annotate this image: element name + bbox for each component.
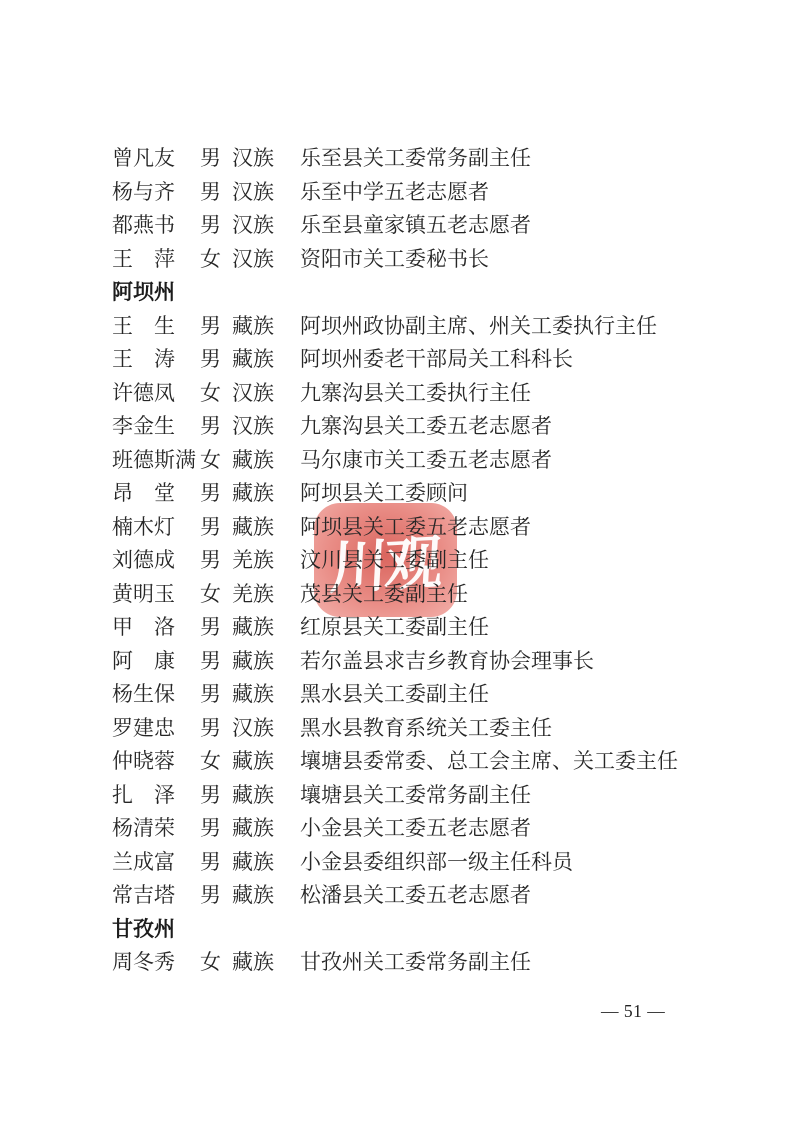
roster-row: 黄明玉 女 羌族 茂县关工委副主任: [112, 578, 753, 612]
person-ethnicity: 羌族: [232, 544, 274, 578]
person-gender: 女: [200, 377, 221, 411]
person-ethnicity: 藏族: [232, 745, 274, 779]
roster-row: 甲 洛 男 藏族 红原县关工委副主任: [112, 611, 753, 645]
person-gender: 男: [200, 544, 221, 578]
roster-row: 杨清荣 男 藏族 小金县关工委五老志愿者: [112, 812, 753, 846]
page-number: — 51 —: [601, 1001, 665, 1022]
person-position: 汶川县关工委副主任: [300, 544, 489, 578]
person-ethnicity: 藏族: [232, 444, 274, 478]
person-gender: 女: [200, 243, 221, 277]
person-name: 楠木灯: [112, 511, 200, 545]
person-gender: 男: [200, 678, 221, 712]
person-position: 马尔康市关工委五老志愿者: [300, 444, 552, 478]
person-position: 阿坝县关工委顾问: [300, 477, 468, 511]
roster-row: 罗建忠 男 汉族 黑水县教育系统关工委主任: [112, 712, 753, 746]
roster-row: 班德斯满 女 藏族 马尔康市关工委五老志愿者: [112, 444, 753, 478]
person-gender: 男: [200, 779, 221, 813]
person-ethnicity: 汉族: [232, 142, 274, 176]
person-ethnicity: 藏族: [232, 343, 274, 377]
person-position: 小金县委组织部一级主任科员: [300, 846, 573, 880]
person-ethnicity: 藏族: [232, 779, 274, 813]
person-gender: 男: [200, 343, 221, 377]
person-position: 小金县关工委五老志愿者: [300, 812, 531, 846]
person-ethnicity: 藏族: [232, 310, 274, 344]
person-ethnicity: 藏族: [232, 477, 274, 511]
person-ethnicity: 汉族: [232, 176, 274, 210]
person-position: 乐至中学五老志愿者: [300, 176, 489, 210]
person-name: 曾凡友: [112, 142, 200, 176]
person-name: 王 生: [112, 310, 200, 344]
person-name: 都燕书: [112, 209, 200, 243]
roster-row: 楠木灯 男 藏族 阿坝县关工委五老志愿者: [112, 511, 753, 545]
roster-row: 兰成富 男 藏族 小金县委组织部一级主任科员: [112, 846, 753, 880]
person-gender: 女: [200, 745, 221, 779]
person-name: 黄明玉: [112, 578, 200, 612]
person-name: 甲 洛: [112, 611, 200, 645]
person-name: 杨生保: [112, 678, 200, 712]
person-gender: 女: [200, 578, 221, 612]
person-name: 周冬秀: [112, 946, 200, 980]
person-position: 红原县关工委副主任: [300, 611, 489, 645]
person-ethnicity: 藏族: [232, 846, 274, 880]
person-ethnicity: 藏族: [232, 611, 274, 645]
roster-list: 曾凡友 男 汉族 乐至县关工委常务副主任 杨与齐 男 汉族 乐至中学五老志愿者 …: [112, 142, 753, 980]
person-position: 壤塘县关工委常务副主任: [300, 779, 531, 813]
person-position: 黑水县关工委副主任: [300, 678, 489, 712]
person-position: 乐至县关工委常务副主任: [300, 142, 531, 176]
person-position: 茂县关工委副主任: [300, 578, 468, 612]
person-ethnicity: 汉族: [232, 712, 274, 746]
person-name: 王 涛: [112, 343, 200, 377]
person-name: 兰成富: [112, 846, 200, 880]
roster-row: 仲晓蓉 女 藏族 壤塘县委常委、总工会主席、关工委主任: [112, 745, 753, 779]
person-gender: 男: [200, 511, 221, 545]
person-position: 乐至县童家镇五老志愿者: [300, 209, 531, 243]
person-name: 扎 泽: [112, 779, 200, 813]
roster-row: 杨生保 男 藏族 黑水县关工委副主任: [112, 678, 753, 712]
person-ethnicity: 藏族: [232, 879, 274, 913]
person-position: 阿坝州政协副主席、州关工委执行主任: [300, 310, 657, 344]
roster-row: 许德凤 女 汉族 九寨沟县关工委执行主任: [112, 377, 753, 411]
person-gender: 男: [200, 310, 221, 344]
person-ethnicity: 藏族: [232, 812, 274, 846]
roster-row: 王 萍 女 汉族 资阳市关工委秘书长: [112, 243, 753, 277]
section-header: 阿坝州: [112, 276, 753, 310]
person-gender: 男: [200, 410, 221, 444]
person-gender: 男: [200, 712, 221, 746]
person-name: 刘德成: [112, 544, 200, 578]
person-name: 李金生: [112, 410, 200, 444]
person-position: 甘孜州关工委常务副主任: [300, 946, 531, 980]
roster-row: 王 生 男 藏族 阿坝州政协副主席、州关工委执行主任: [112, 310, 753, 344]
roster-row: 杨与齐 男 汉族 乐至中学五老志愿者: [112, 176, 753, 210]
person-gender: 男: [200, 176, 221, 210]
person-gender: 女: [200, 946, 221, 980]
person-name: 班德斯满: [112, 444, 200, 478]
person-position: 松潘县关工委五老志愿者: [300, 879, 531, 913]
person-position: 九寨沟县关工委执行主任: [300, 377, 531, 411]
person-ethnicity: 汉族: [232, 243, 274, 277]
person-name: 阿 康: [112, 645, 200, 679]
person-name: 许德凤: [112, 377, 200, 411]
roster-row: 都燕书 男 汉族 乐至县童家镇五老志愿者: [112, 209, 753, 243]
person-ethnicity: 汉族: [232, 209, 274, 243]
person-gender: 男: [200, 645, 221, 679]
section-header: 甘孜州: [112, 913, 753, 947]
person-position: 资阳市关工委秘书长: [300, 243, 489, 277]
person-gender: 女: [200, 444, 221, 478]
roster-row: 王 涛 男 藏族 阿坝州委老干部局关工科科长: [112, 343, 753, 377]
person-gender: 男: [200, 846, 221, 880]
person-ethnicity: 汉族: [232, 377, 274, 411]
person-position: 阿坝州委老干部局关工科科长: [300, 343, 573, 377]
person-name: 杨与齐: [112, 176, 200, 210]
person-name: 杨清荣: [112, 812, 200, 846]
person-ethnicity: 羌族: [232, 578, 274, 612]
roster-row: 曾凡友 男 汉族 乐至县关工委常务副主任: [112, 142, 753, 176]
person-name: 仲晓蓉: [112, 745, 200, 779]
person-gender: 男: [200, 142, 221, 176]
person-ethnicity: 藏族: [232, 511, 274, 545]
person-name: 王 萍: [112, 243, 200, 277]
roster-row: 刘德成 男 羌族 汶川县关工委副主任: [112, 544, 753, 578]
person-position: 阿坝县关工委五老志愿者: [300, 511, 531, 545]
roster-row: 常吉塔 男 藏族 松潘县关工委五老志愿者: [112, 879, 753, 913]
roster-row: 周冬秀 女 藏族 甘孜州关工委常务副主任: [112, 946, 753, 980]
person-ethnicity: 藏族: [232, 678, 274, 712]
person-ethnicity: 汉族: [232, 410, 274, 444]
person-gender: 男: [200, 477, 221, 511]
person-ethnicity: 藏族: [232, 946, 274, 980]
person-gender: 男: [200, 879, 221, 913]
person-gender: 男: [200, 209, 221, 243]
person-position: 壤塘县委常委、总工会主席、关工委主任: [300, 745, 678, 779]
person-name: 常吉塔: [112, 879, 200, 913]
person-position: 黑水县教育系统关工委主任: [300, 712, 552, 746]
person-name: 罗建忠: [112, 712, 200, 746]
person-gender: 男: [200, 812, 221, 846]
roster-row: 阿 康 男 藏族 若尔盖县求吉乡教育协会理事长: [112, 645, 753, 679]
roster-row: 昂 堂 男 藏族 阿坝县关工委顾问: [112, 477, 753, 511]
document-page: 川观 曾凡友 男 汉族 乐至县关工委常务副主任 杨与齐 男 汉族 乐至中学五老志…: [0, 0, 793, 1122]
roster-row: 扎 泽 男 藏族 壤塘县关工委常务副主任: [112, 779, 753, 813]
person-ethnicity: 藏族: [232, 645, 274, 679]
roster-row: 李金生 男 汉族 九寨沟县关工委五老志愿者: [112, 410, 753, 444]
person-name: 昂 堂: [112, 477, 200, 511]
person-position: 若尔盖县求吉乡教育协会理事长: [300, 645, 594, 679]
person-position: 九寨沟县关工委五老志愿者: [300, 410, 552, 444]
person-gender: 男: [200, 611, 221, 645]
